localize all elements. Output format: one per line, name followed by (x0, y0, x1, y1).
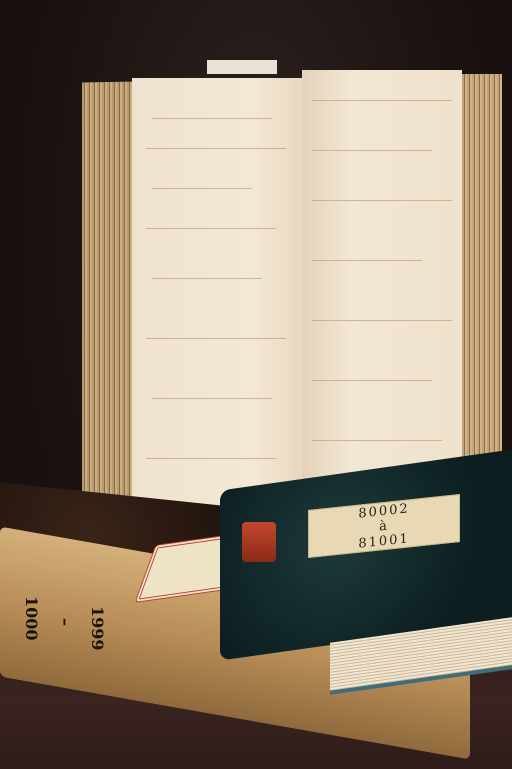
ledger-page-right (302, 70, 462, 490)
photo-scene: 1000 – 1999 80002 à 81001 (0, 0, 512, 769)
spine-dash: – (56, 618, 75, 626)
spine-number-start: 1000 (22, 596, 41, 641)
spine-number-end: 1999 (88, 606, 107, 651)
red-spine-tab (242, 522, 276, 562)
bookmark-tab (207, 60, 277, 74)
label-range-sep: à (379, 518, 389, 534)
ledger-page-left (132, 78, 307, 518)
open-ledger (82, 64, 502, 524)
ledger-page-edges-left (82, 82, 138, 523)
ledger-page-edges-right (462, 74, 502, 504)
green-ledger: 80002 à 81001 (220, 470, 512, 700)
